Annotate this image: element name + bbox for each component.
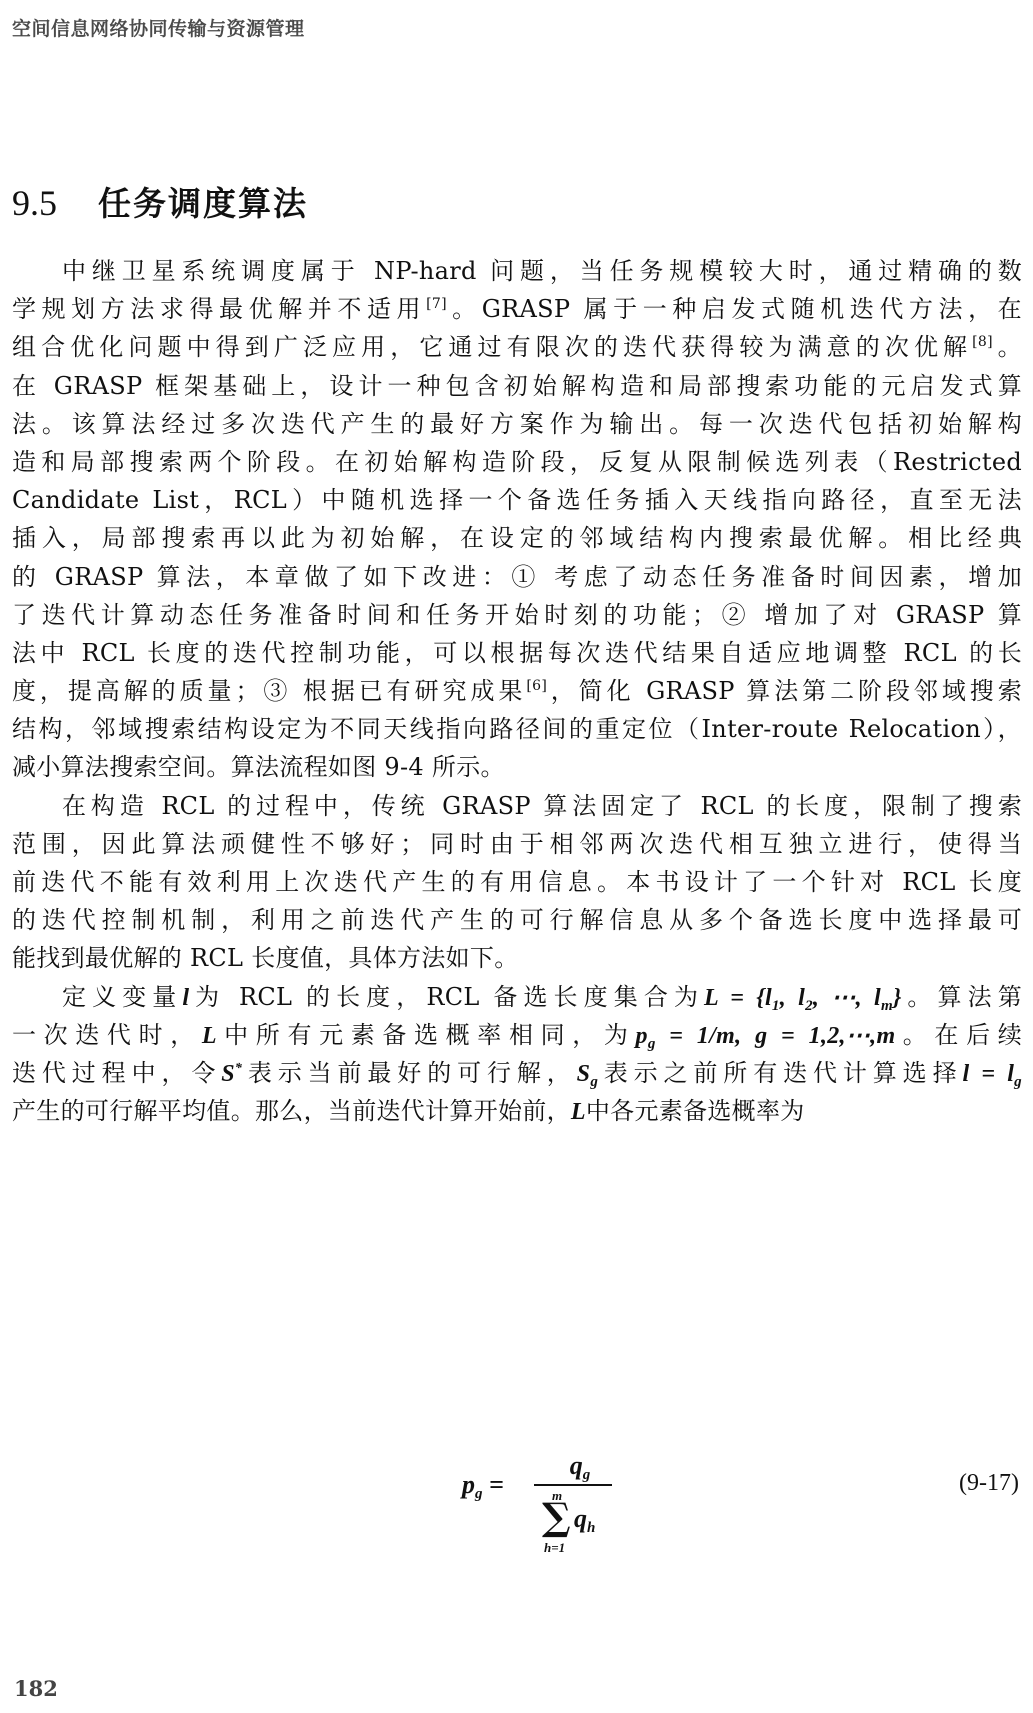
math-subscript: g xyxy=(475,1486,483,1502)
math-span: , l xyxy=(780,985,805,1011)
math-subscript: 2 xyxy=(805,998,813,1014)
math-span: q xyxy=(574,1504,587,1533)
text-span: 组合优化问题中得到广泛应用，它通过有限次的迭代获得较为满意的次优解 xyxy=(12,333,972,361)
text-line: 能找到最优解的 RCL 长度值，具体方法如下。 xyxy=(12,939,1022,977)
text-span: 。在后续 xyxy=(895,1021,1022,1049)
text-span: 度，提高解的质量；③ 根据已有研究成果 xyxy=(12,677,526,705)
text-line: 学规划方法求得最优解并不适用[7]。GRASP 属于一种启发式随机迭代方法，在 xyxy=(12,290,1022,328)
text-span: 一次迭代时， xyxy=(12,1021,202,1049)
math-span: l = l xyxy=(962,1061,1014,1087)
citation[interactable]: [8] xyxy=(972,334,993,350)
text-line: 减小算法搜索空间。算法流程如图 9-4 所示。 xyxy=(12,748,1022,786)
body-text: 中继卫星系统调度属于 NP-hard 问题，当任务规模较大时，通过精确的数 学规… xyxy=(12,252,1022,1130)
math-subscript: g xyxy=(583,1467,591,1483)
math-subscript: g xyxy=(590,1074,598,1090)
math-subscript: 1 xyxy=(772,998,780,1014)
running-header: 空间信息网络协同传输与资源管理 xyxy=(12,14,305,41)
math-subscript: h xyxy=(587,1520,595,1536)
text-span: 中所有元素备选概率相同，为 xyxy=(217,1021,636,1049)
math-subscript: g xyxy=(1014,1074,1022,1090)
text-line: 法。该算法经过多次迭代产生的最好方案作为输出。每一次迭代包括初始解构 xyxy=(12,405,1022,443)
math-var: L xyxy=(202,1023,217,1049)
math-span: = 1/m, g = 1,2,⋯,m xyxy=(656,1023,896,1049)
math-var: L xyxy=(571,1099,586,1125)
paragraph-3: 定义变量l为 RCL 的长度，RCL 备选长度集合为L = {l1, l2, ⋯… xyxy=(12,978,1022,1131)
math-span: q xyxy=(570,1451,583,1480)
text-line: 在构造 RCL 的过程中，传统 GRASP 算法固定了 RCL 的长度，限制了搜… xyxy=(12,787,1022,825)
text-span: 。GRASP 属于一种启发式随机迭代方法，在 xyxy=(447,295,1022,323)
page-number: 182 xyxy=(14,1676,58,1701)
text-span: 表示之前所有迭代计算选择 xyxy=(598,1059,962,1087)
math-expr: l = lg xyxy=(962,1061,1022,1087)
text-line: Candidate List，RCL）中随机选择一个备选任务插入天线指向路径，直… xyxy=(12,481,1022,519)
math-span: } xyxy=(893,985,902,1011)
text-line: 法中 RCL 长度的迭代控制功能，可以根据每次迭代结果自适应地调整 RCL 的长 xyxy=(12,634,1022,672)
text-line: 中继卫星系统调度属于 NP-hard 问题，当任务规模较大时，通过精确的数 xyxy=(12,252,1022,290)
paragraph-2: 在构造 RCL 的过程中，传统 GRASP 算法固定了 RCL 的长度，限制了搜… xyxy=(12,787,1022,978)
text-line: 的迭代控制机制，利用之前迭代产生的可行解信息从多个备选长度中选择最可 xyxy=(12,901,1022,939)
math-span: L = {l xyxy=(704,985,772,1011)
text-span: 迭代过程中，令 xyxy=(12,1059,221,1087)
text-line: 前迭代不能有效利用上次迭代产生的有用信息。本书设计了一个针对 RCL 长度 xyxy=(12,863,1022,901)
text-span: 中各元素备选概率为 xyxy=(586,1097,805,1125)
math-subscript: g xyxy=(648,1036,656,1052)
math-var: Sg xyxy=(577,1061,598,1087)
text-line: 插入，局部搜索再以此为初始解，在设定的邻域结构内搜索最优解。相比经典 xyxy=(12,519,1022,557)
equation-label: (9-17) xyxy=(959,1470,1019,1497)
text-line: 造和局部搜索两个阶段。在初始解构造阶段，反复从限制候选列表（Restricted xyxy=(12,443,1022,481)
equation-lhs: pg = xyxy=(462,1470,504,1503)
citation[interactable]: [6] xyxy=(526,678,547,694)
text-span: 。 xyxy=(993,333,1022,361)
fraction-denominator: m ∑ qh h=1 xyxy=(534,1486,612,1566)
math-span: p xyxy=(462,1470,475,1499)
section-title: 任务调度算法 xyxy=(98,178,308,225)
math-span: S xyxy=(577,1061,591,1087)
equation-9-17: pg = qg m ∑ qh h=1 (9-17) xyxy=(0,1448,1033,1568)
text-line: 结构，邻域搜索结构设定为不同天线指向路径间的重定位（Inter-route Re… xyxy=(12,710,1022,748)
text-line: 在 GRASP 框架基础上，设计一种包含初始解构造和局部搜索功能的元启发式算 xyxy=(12,367,1022,405)
fraction-numerator: qg xyxy=(534,1448,612,1484)
citation[interactable]: [7] xyxy=(426,296,447,312)
math-var: S* xyxy=(221,1061,242,1087)
math-span: , ⋯, l xyxy=(813,985,881,1011)
text-span: 表示当前最好的可行解， xyxy=(242,1059,576,1087)
math-span: p xyxy=(636,1023,648,1049)
text-span: 为 RCL 的长度，RCL 备选长度集合为 xyxy=(189,983,704,1011)
text-line: 度，提高解的质量；③ 根据已有研究成果[6]，简化 GRASP 算法第二阶段邻域… xyxy=(12,672,1022,710)
text-line: 迭代过程中，令S*表示当前最好的可行解，Sg表示之前所有迭代计算选择l = lg xyxy=(12,1054,1022,1092)
text-span: 学规划方法求得最优解并不适用 xyxy=(12,295,426,323)
text-span: 产生的可行解平均值。那么，当前迭代计算开始前， xyxy=(12,1097,571,1125)
section-number: 9.5 xyxy=(12,182,98,224)
text-line: 产生的可行解平均值。那么，当前迭代计算开始前，L中各元素备选概率为 xyxy=(12,1092,1022,1130)
equation-fraction: qg m ∑ qh h=1 xyxy=(534,1448,612,1566)
text-span: ，简化 GRASP 算法第二阶段邻域搜索 xyxy=(547,677,1022,705)
text-span: 。算法第 xyxy=(902,983,1022,1011)
text-line: 组合优化问题中得到广泛应用，它通过有限次的迭代获得较为满意的次优解[8]。 xyxy=(12,328,1022,366)
text-span: 定义变量 xyxy=(62,983,182,1011)
text-line: 范围，因此算法顽健性不够好；同时由于相邻两次迭代相互独立进行，使得当 xyxy=(12,825,1022,863)
text-line: 定义变量l为 RCL 的长度，RCL 备选长度集合为L = {l1, l2, ⋯… xyxy=(12,978,1022,1016)
text-line: 一次迭代时，L中所有元素备选概率相同，为pg = 1/m, g = 1,2,⋯,… xyxy=(12,1016,1022,1054)
sum-term: qh xyxy=(574,1504,595,1537)
sigma-icon: ∑ xyxy=(542,1498,571,1536)
sum-lower-limit: h=1 xyxy=(544,1540,565,1556)
math-set: L = {l1, l2, ⋯, lm} xyxy=(704,985,902,1011)
math-span: S xyxy=(221,1061,235,1087)
text-line: 的 GRASP 算法，本章做了如下改进：① 考虑了动态任务准备时间因素，增加 xyxy=(12,558,1022,596)
paragraph-1: 中继卫星系统调度属于 NP-hard 问题，当任务规模较大时，通过精确的数 学规… xyxy=(12,252,1022,787)
math-expr: pg = 1/m, g = 1,2,⋯,m xyxy=(636,1023,896,1049)
equals-sign: = xyxy=(483,1470,504,1499)
section-heading: 9.5 任务调度算法 xyxy=(12,178,308,225)
math-subscript: m xyxy=(881,998,893,1014)
text-line: 了迭代计算动态任务准备时间和任务开始时刻的功能；② 增加了对 GRASP 算 xyxy=(12,596,1022,634)
